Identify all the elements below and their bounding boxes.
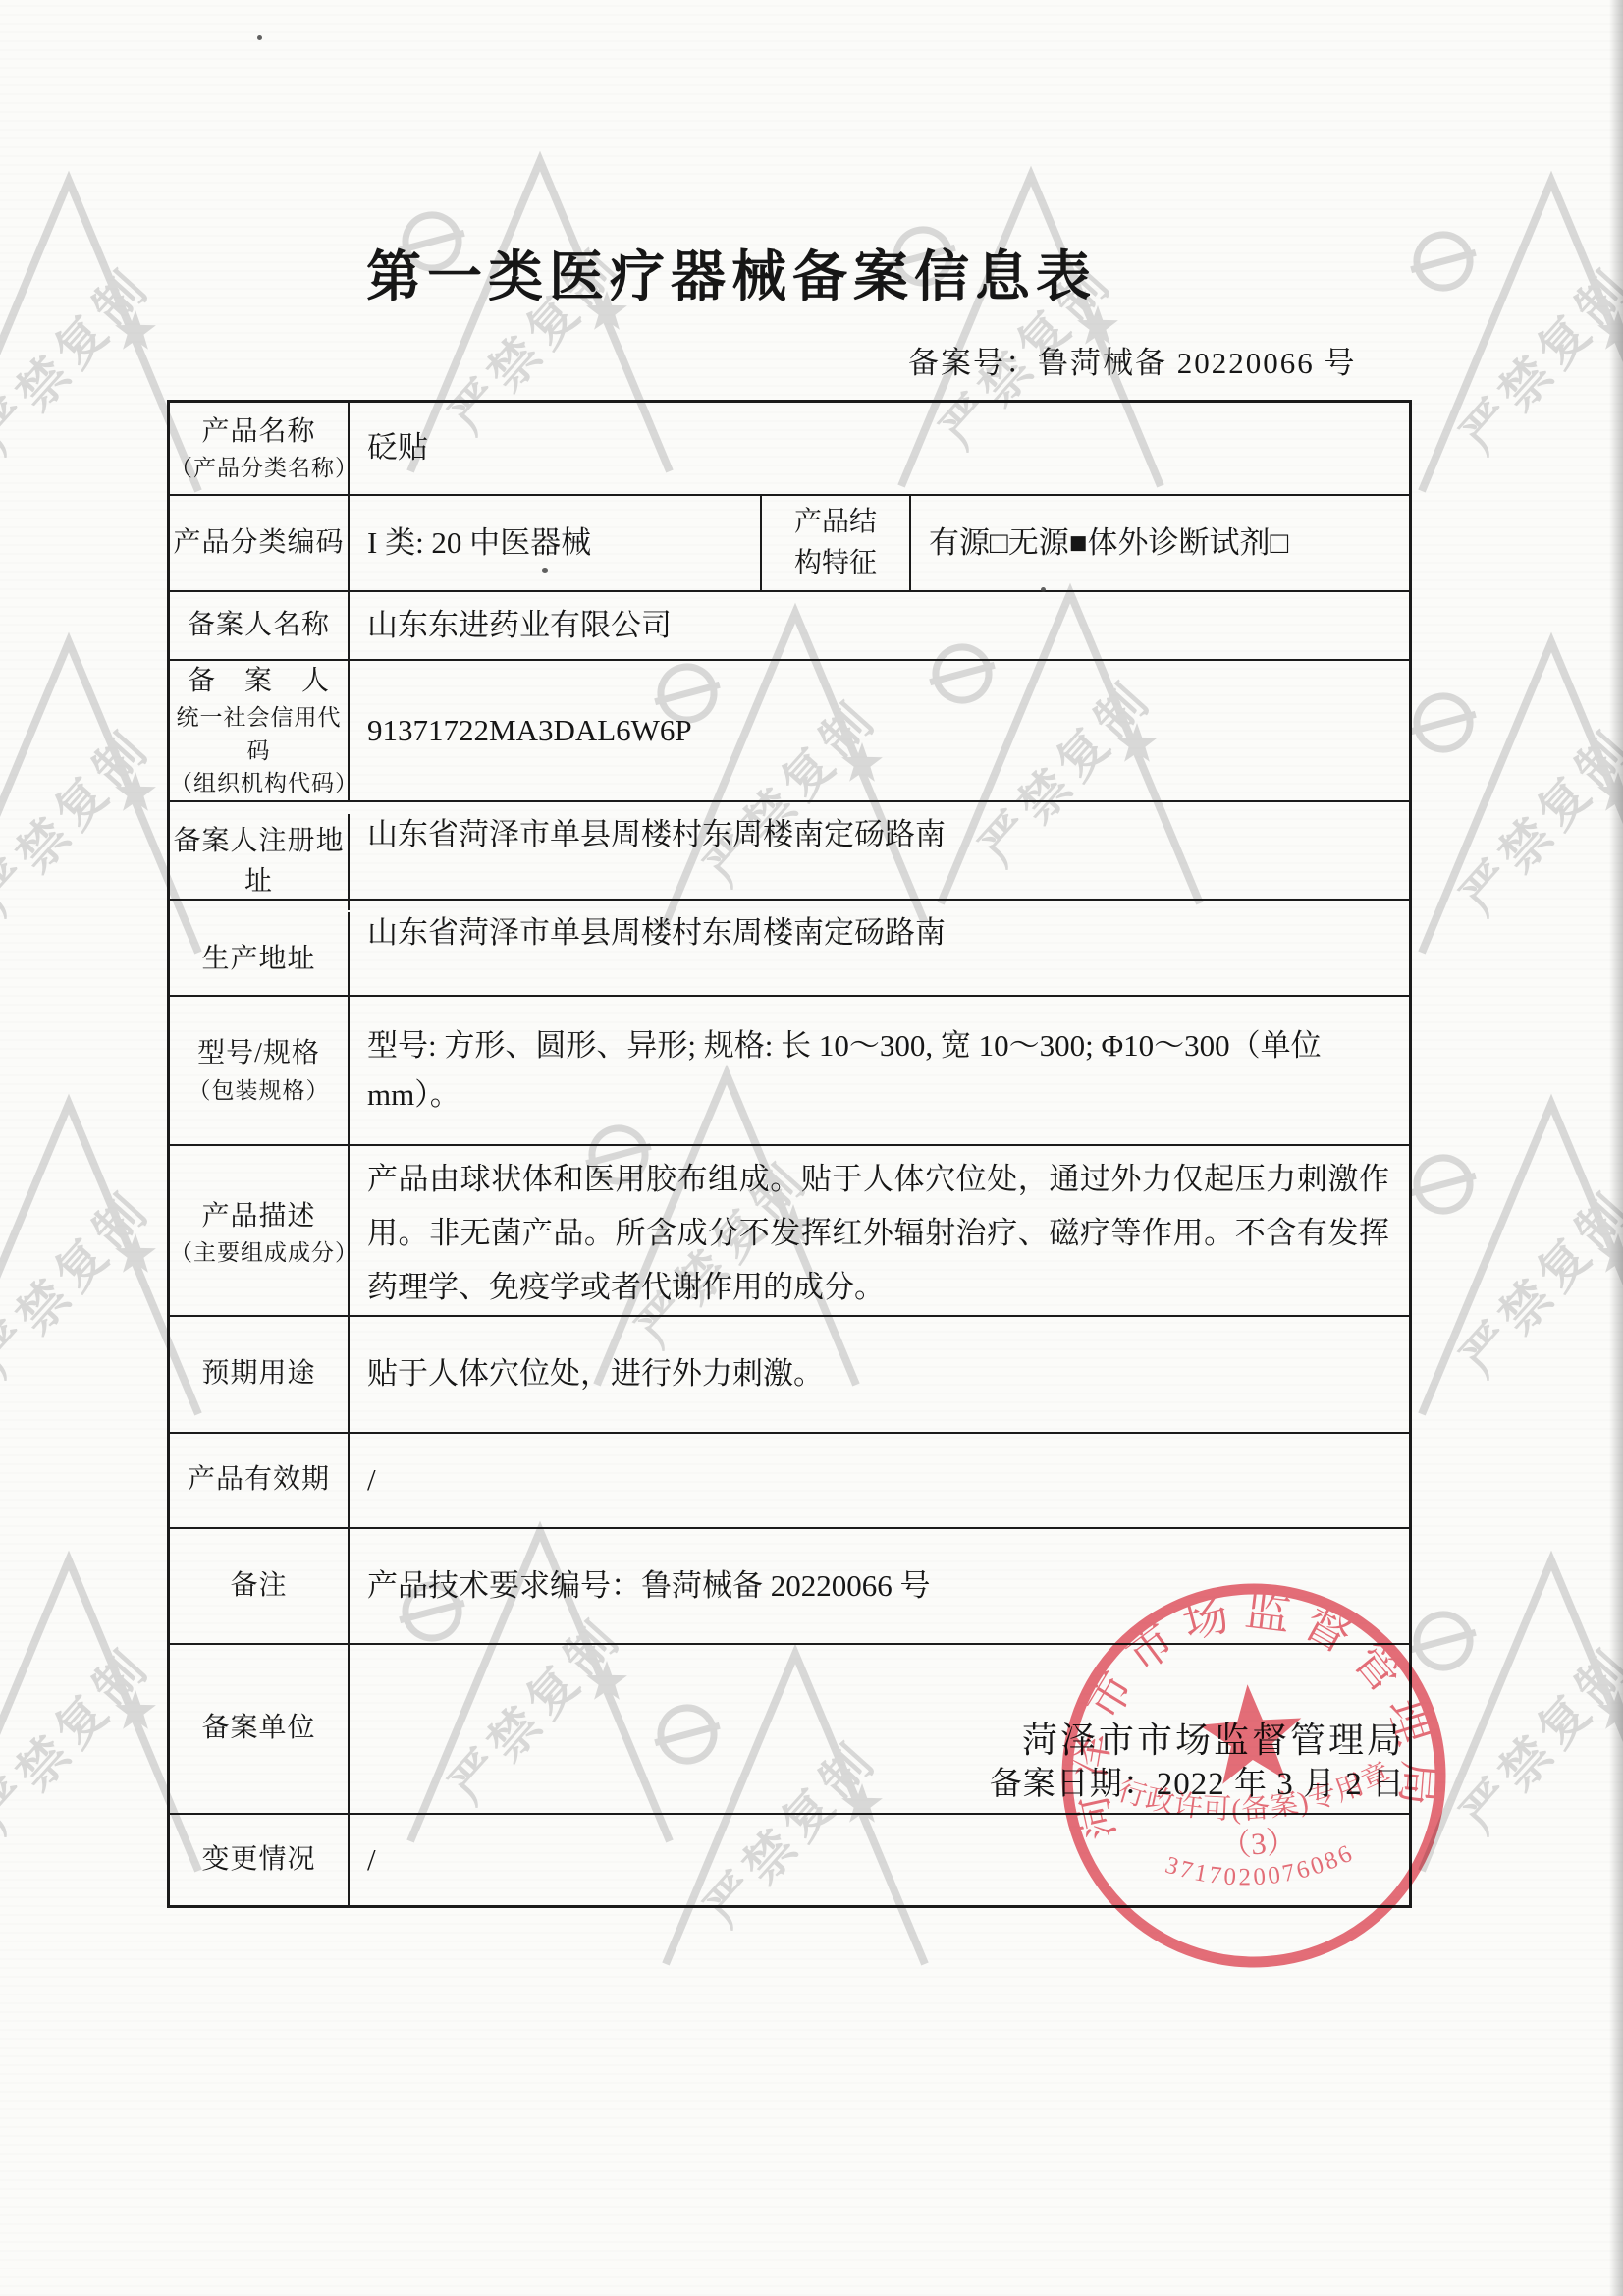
- label-line: 备 案 人: [188, 662, 330, 702]
- product-name-value: 砭贴: [367, 423, 1389, 472]
- label-line: 构特征: [794, 543, 877, 584]
- label-line: 产品描述: [201, 1197, 315, 1237]
- copy-forbidden-watermark: 严禁复制: [1404, 629, 1623, 962]
- svg-text:行政许可(备案)专用章: 行政许可(备案)专用章: [1111, 1755, 1398, 1834]
- filing-number: 备案号：鲁菏械备 20220066 号: [908, 338, 1357, 382]
- copy-forbidden-watermark: 严禁复制: [1404, 167, 1623, 501]
- label-line: 备注: [230, 1566, 287, 1607]
- no-copy-circle-icon: [1404, 1150, 1483, 1219]
- row-label: 备 案 人 统一社会信用代码 （组织机构代码）: [170, 661, 350, 800]
- row-label: 产品名称 （产品分类名称）: [170, 403, 350, 494]
- document-page: 严禁复制 严禁复制 严禁复制: [0, 0, 1623, 2296]
- label-line: 型号/规格: [197, 1034, 320, 1074]
- table-row-registrant-name: 备案人名称 山东东进药业有限公司: [170, 590, 1409, 659]
- classification-value: I 类: 20 中医器械: [350, 496, 762, 590]
- label-line: 产品有效期: [188, 1460, 330, 1501]
- table-row-product-name: 产品名称 （产品分类名称） 砭贴: [170, 403, 1409, 494]
- registered-address-value: 山东省菏泽市单县周楼村东周楼南定砀路南: [367, 810, 1389, 859]
- label-line: 统一社会信用代码: [170, 701, 348, 767]
- row-label: 产品描述 （主要组成成分）: [170, 1146, 350, 1321]
- seal-purpose-text: 行政许可(备案)专用章: [1111, 1755, 1398, 1834]
- table-row-shelf-life: 产品有效期 /: [170, 1432, 1409, 1527]
- label-line: （产品分类名称）: [170, 452, 348, 484]
- label-line: 产品名称: [201, 412, 315, 453]
- row-value: 山东省菏泽市单县周楼村东周楼南定砀路南: [350, 901, 1409, 995]
- row-value: /: [350, 1434, 1409, 1527]
- scan-speck: [1041, 587, 1046, 592]
- label-line: （主要组成成分）: [170, 1236, 348, 1269]
- table-row-credit-code: 备 案 人 统一社会信用代码 （组织机构代码） 91371722MA3DAL6W…: [170, 659, 1409, 800]
- table-row-production-address: 生产地址 山东省菏泽市单县周楼村东周楼南定砀路南: [170, 899, 1409, 995]
- row-label: 变更情况: [170, 1815, 350, 1905]
- intended-use-value: 贴于人体穴位处，进行外力刺激。: [367, 1349, 1389, 1398]
- row-label: 备注: [170, 1529, 350, 1643]
- table-row-intended-use: 预期用途 贴于人体穴位处，进行外力刺激。: [170, 1315, 1409, 1432]
- scan-edge-shadow: [1609, 0, 1623, 2296]
- production-address-value: 山东省菏泽市单县周楼村东周楼南定砀路南: [367, 908, 1389, 957]
- seal-number: （3）: [1219, 1824, 1298, 1863]
- label-line: 备案人名称: [188, 606, 330, 646]
- label-line: 产品结: [794, 502, 877, 543]
- registrant-name-value: 山东东进药业有限公司: [367, 601, 1389, 650]
- table-row-registered-address: 备案人注册地址 山东省菏泽市单县周楼村东周楼南定砀路南: [170, 800, 1409, 899]
- seal-ring: [1055, 1576, 1453, 1975]
- row-value: 砭贴: [350, 403, 1409, 494]
- row-label: 预期用途: [170, 1317, 350, 1432]
- copy-forbidden-watermark: 严禁复制: [1404, 1090, 1623, 1424]
- label-line: 生产地址: [201, 940, 315, 980]
- scan-speck: [542, 568, 548, 573]
- shelf-life-value: /: [367, 1455, 1389, 1504]
- row-label: 产品分类编码: [170, 496, 350, 590]
- row-label: 备案人注册地址: [170, 814, 350, 910]
- row-value: 型号: 方形、圆形、异形; 规格: 长 10～300, 宽 10～300; Φ1…: [350, 997, 1409, 1144]
- label-line: 预期用途: [201, 1354, 315, 1394]
- label-line: 备案单位: [201, 1709, 315, 1749]
- row-value: 91371722MA3DAL6W6P: [350, 661, 1409, 800]
- table-row-classification-code: 产品分类编码 I 类: 20 中医器械 产品结 构特征 有源□无源■体外诊断试剂…: [170, 494, 1409, 590]
- label-line: （包装规格）: [189, 1074, 330, 1107]
- credit-code-value: 91371722MA3DAL6W6P: [367, 706, 1389, 755]
- structure-feature-value: 有源□无源■体外诊断试剂□: [911, 496, 1409, 590]
- row-value: 山东东进药业有限公司: [350, 592, 1409, 659]
- row-value: 山东省菏泽市单县周楼村东周楼南定砀路南: [350, 802, 1409, 899]
- row-label: 备案单位: [170, 1645, 350, 1813]
- feature-checkboxes: 有源□无源■体外诊断试剂□: [929, 519, 1389, 568]
- model-spec-value: 型号: 方形、圆形、异形; 规格: 长 10～300, 宽 10～300; Φ1…: [367, 1021, 1389, 1120]
- class-code-text: I 类: 20 中医器械: [367, 520, 740, 567]
- label-line: （组织机构代码）: [170, 767, 348, 799]
- table-row-product-description: 产品描述 （主要组成成分） 产品由球状体和医用胶布组成。贴于人体穴位处，通过外力…: [170, 1144, 1409, 1315]
- table-row-model-spec: 型号/规格 （包装规格） 型号: 方形、圆形、异形; 规格: 长 10～300,…: [170, 995, 1409, 1144]
- row-label: 产品有效期: [170, 1434, 350, 1527]
- label-line: 备案人注册地址: [170, 822, 348, 902]
- structure-feature-label: 产品结 构特征: [762, 496, 911, 590]
- row-label: 备案人名称: [170, 592, 350, 659]
- seal-star-icon: [1196, 1681, 1305, 1786]
- product-description-value: 产品由球状体和医用胶布组成。贴于人体穴位处，通过外力仅起压力刺激作用。非无菌产品…: [367, 1152, 1389, 1315]
- row-label: 生产地址: [170, 912, 350, 1007]
- label-line: 产品分类编码: [173, 523, 344, 564]
- official-seal-stamp: 菏泽市市场监督管理局 行政许可(备案)专用章 （3） 3717020076086: [1045, 1566, 1464, 1986]
- row-value: 产品由球状体和医用胶布组成。贴于人体穴位处，通过外力仅起压力刺激作用。非无菌产品…: [350, 1146, 1409, 1321]
- no-copy-circle-icon: [1404, 688, 1483, 757]
- page-title: 第一类医疗器械备案信息表: [0, 234, 1463, 312]
- scan-speck: [257, 35, 262, 40]
- row-value: 贴于人体穴位处，进行外力刺激。: [350, 1317, 1409, 1432]
- row-label: 型号/规格 （包装规格）: [170, 997, 350, 1144]
- label-line: 变更情况: [201, 1840, 315, 1881]
